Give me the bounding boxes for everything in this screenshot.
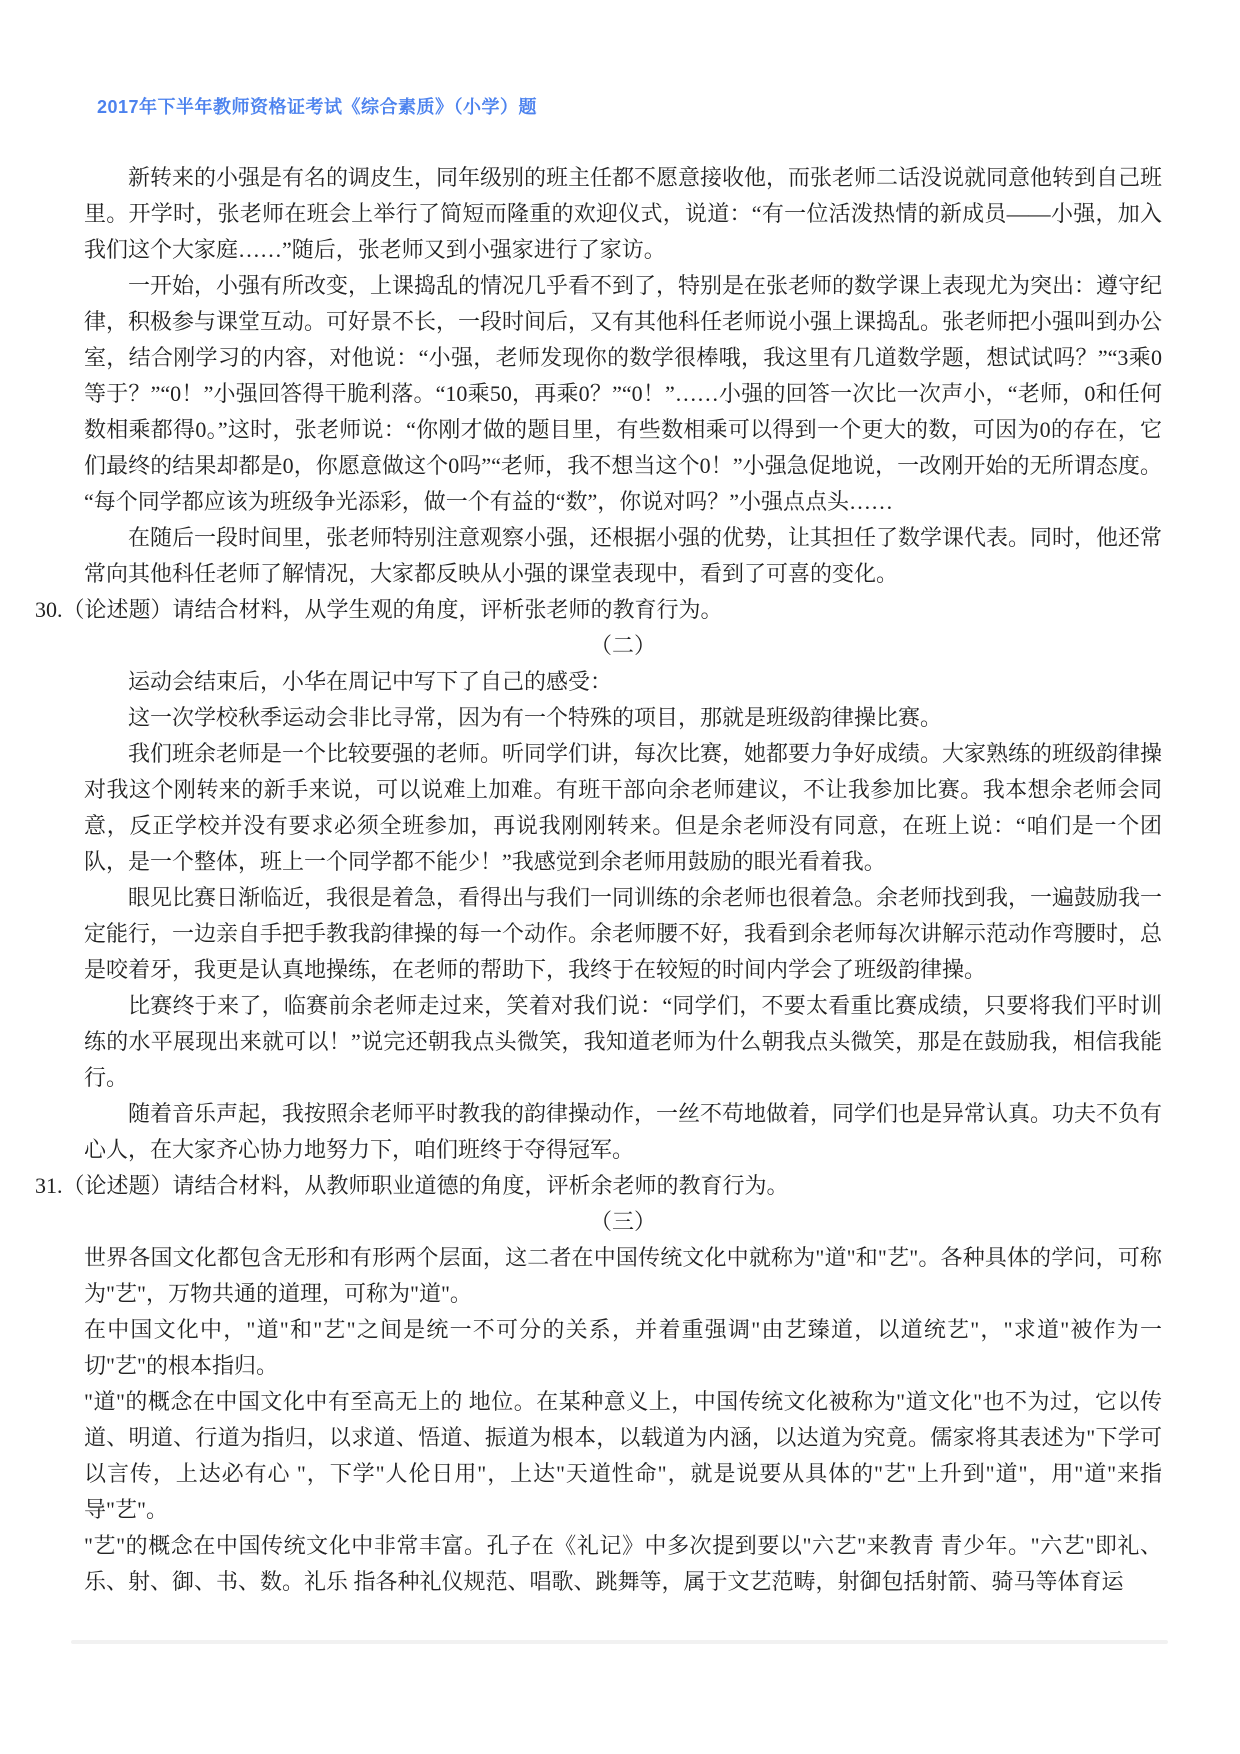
question-31-number: 31.	[35, 1173, 63, 1198]
question-30-text: （论述题）请结合材料，从学生观的角度，评析张老师的教育行为。	[63, 597, 723, 622]
section-two-paragraph: 随着音乐声起，我按照余老师平时教我的韵律操动作，一丝不苟地做着，同学们也是异常认…	[84, 1096, 1162, 1168]
question-30: 30.（论述题）请结合材料，从学生观的角度，评析张老师的教育行为。	[35, 592, 1162, 628]
section-two-heading: （二）	[84, 628, 1162, 664]
material-one-paragraph: 一开始，小强有所改变，上课捣乱的情况几乎看不到了，特别是在张老师的数学课上表现尤…	[84, 268, 1162, 520]
section-three-paragraph: "艺"的概念在中国传统文化中非常丰富。孔子在《礼记》中多次提到要以"六艺"来教青…	[84, 1528, 1162, 1600]
material-one-paragraph: 在随后一段时间里，张老师特别注意观察小强，还根据小强的优势，让其担任了数学课代表…	[84, 520, 1162, 592]
section-three-paragraph: 世界各国文化都包含无形和有形两个层面，这二者在中国传统文化中就称为"道"和"艺"…	[84, 1240, 1162, 1312]
section-two-paragraph: 这一次学校秋季运动会非比寻常，因为有一个特殊的项目，那就是班级韵律操比赛。	[84, 700, 1162, 736]
section-three-paragraph: 在中国文化中，"道"和"艺"之间是统一不可分的关系，并着重强调"由艺臻道，以道统…	[84, 1312, 1162, 1384]
question-31: 31.（论述题）请结合材料，从教师职业道德的角度，评析余老师的教育行为。	[35, 1168, 1162, 1204]
page-title: 2017年下半年教师资格证考试《综合素质》（小学）题	[97, 93, 537, 119]
section-three-paragraph: "道"的概念在中国文化中有至高无上的 地位。在某种意义上，中国传统文化被称为"道…	[84, 1384, 1162, 1528]
document-content: 新转来的小强是有名的调皮生，同年级别的班主任都不愿意接收他，而张老师二话没说就同…	[84, 160, 1162, 1600]
question-30-number: 30.	[35, 597, 63, 622]
section-two-paragraph: 我们班余老师是一个比较要强的老师。听同学们讲，每次比赛，她都要力争好成绩。大家熟…	[84, 736, 1162, 880]
section-two-paragraph: 眼见比赛日渐临近，我很是着急，看得出与我们一同训练的余老师也很着急。余老师找到我…	[84, 880, 1162, 988]
section-two-paragraph: 运动会结束后，小华在周记中写下了自己的感受：	[84, 664, 1162, 700]
section-two-paragraph: 比赛终于来了，临赛前余老师走过来，笑着对我们说：“同学们，不要太看重比赛成绩，只…	[84, 988, 1162, 1096]
section-three-heading: （三）	[84, 1204, 1162, 1240]
question-31-text: （论述题）请结合材料，从教师职业道德的角度，评析余老师的教育行为。	[63, 1173, 789, 1198]
bottom-divider	[71, 1640, 1168, 1644]
exam-document-page: 2017年下半年教师资格证考试《综合素质》（小学）题 新转来的小强是有名的调皮生…	[0, 0, 1240, 1754]
material-one-paragraph: 新转来的小强是有名的调皮生，同年级别的班主任都不愿意接收他，而张老师二话没说就同…	[84, 160, 1162, 268]
